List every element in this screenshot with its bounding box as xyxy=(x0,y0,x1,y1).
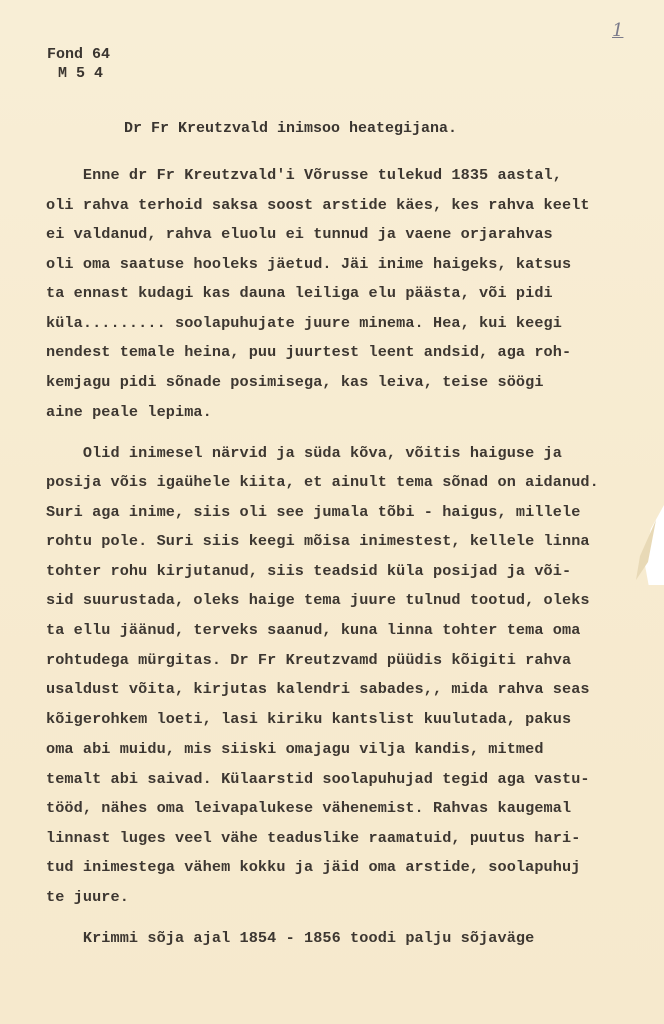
text-line: tud inimestega vähem kokku ja jäid oma a… xyxy=(46,858,580,876)
text-line: posija võis igaühele kiita, et ainult te… xyxy=(46,473,599,491)
text-line: usaldust võita, kirjutas kalendri sabade… xyxy=(46,680,590,698)
text-line: temalt abi saivad. Külaarstid soolapuhuj… xyxy=(46,770,590,788)
text-line: oma abi muidu, mis siiski omajagu vilja … xyxy=(46,740,544,758)
text-line: Krimmi sõja ajal 1854 - 1856 toodi palju… xyxy=(46,929,534,947)
text-line: oli oma saatuse hooleks jäetud. Jäi inim… xyxy=(46,255,571,273)
text-line: ta ennast kudagi kas dauna leiliga elu p… xyxy=(46,284,553,302)
text-line: nendest temale heina, puu juurtest leent… xyxy=(46,343,571,361)
text-line: sid suurustada, oleks haige tema juure t… xyxy=(46,591,590,609)
text-line: tohter rohu kirjutanud, siis teadsid kül… xyxy=(46,562,571,580)
text-line: kemjagu pidi sõnade posimisega, kas leiv… xyxy=(46,373,544,391)
file-reference: M 5 4 xyxy=(58,65,103,82)
text-line: aine peale lepima. xyxy=(46,403,212,421)
text-line: tööd, nähes oma leivapalukese vähenemist… xyxy=(46,799,571,817)
text-line: kõigerohkem loeti, lasi kiriku kantslist… xyxy=(46,710,571,728)
text-line: Enne dr Fr Kreutzvald'i Võrusse tulekud … xyxy=(46,166,562,184)
text-line: oli rahva terhoid saksa soost arstide kä… xyxy=(46,196,590,214)
text-line: Olid inimesel närvid ja süda kõva, võiti… xyxy=(46,444,562,462)
fond-reference: Fond 64 xyxy=(47,46,110,63)
text-line: Suri aga inime, siis oli see jumala tõbi… xyxy=(46,503,580,521)
text-line: rohtudega mürgitas. Dr Fr Kreutzvamd püü… xyxy=(46,651,571,669)
text-line: rohtu pole. Suri siis keegi mõisa inimes… xyxy=(46,532,590,550)
text-line: ei valdanud, rahva eluolu ei tunnud ja v… xyxy=(46,225,553,243)
typewritten-page: 1 Fond 64 M 5 4 Dr Fr Kreutzvald inimsoo… xyxy=(0,0,664,1024)
document-title: Dr Fr Kreutzvald inimsoo heategijana. xyxy=(124,120,457,137)
text-line: te juure. xyxy=(46,888,129,906)
text-line: ta ellu jäänud, terveks saanud, kuna lin… xyxy=(46,621,580,639)
text-line: küla......... soolapuhujate juure minema… xyxy=(46,314,562,332)
page-number: 1 xyxy=(612,20,623,41)
text-line: linnast luges veel vähe teaduslike raama… xyxy=(46,829,580,847)
